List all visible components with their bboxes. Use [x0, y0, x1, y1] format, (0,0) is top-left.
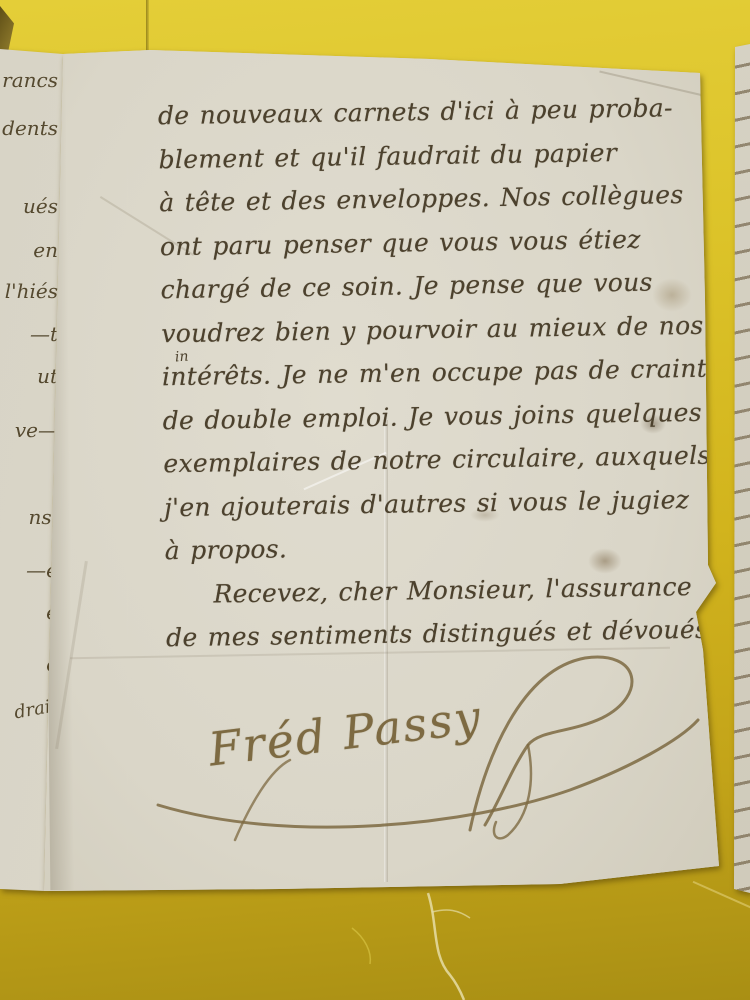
photo-of-letter: rancs dents ués en l'hiés —t ut ve— ns, … — [0, 0, 750, 1000]
right-page-wrapper — [0, 0, 750, 1000]
adjacent-page-sliver — [0, 0, 750, 1000]
